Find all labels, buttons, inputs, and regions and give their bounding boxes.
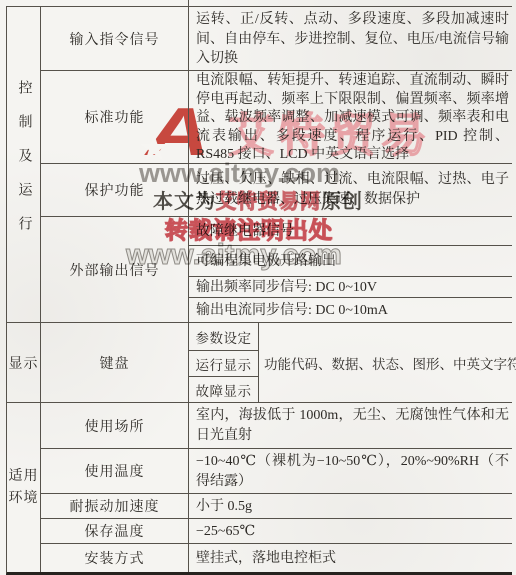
watermark-url-bottom: www.aitmy.com [126,239,342,272]
vibration-value: 小于 0.5g [189,494,512,519]
usage-place-label: 使用场所 [41,403,189,449]
origin-prefix: 本文为 [153,191,216,213]
standard-functions-value: 电流限幅、转矩提升、转速追踪、直流制动、瞬时停电再起动、频率上下限限制、偏置频率… [189,71,512,164]
input-signal-value: 运转、正/反转、点动、多段速度、多段加减速时间、自由停车、步进控制、复位、电压/… [189,7,512,71]
current-sync-signal: 输出电流同步信号: DC 0~10mA [189,298,512,323]
watermark-origin-line: 本文为艾特贸易网原创 [153,185,363,214]
scanned-spec-page: A ★ 艾特贸易 控制及运行 输入指令信号 运转、正/反转、点动、多段速度、多段… [0,0,516,575]
category-environment-label: 适用环境 [8,466,40,510]
usage-temp-label: 使用温度 [41,449,189,494]
input-signal-label: 输入指令信号 [41,7,189,71]
category-environment: 适用环境 [7,403,41,572]
usage-temp-value: −10~40℃（裸机为−10~50℃），20%~90%RH（不得结露） [189,449,512,494]
category-display: 显示 [7,323,41,403]
mode-run-display: 运行显示 [189,351,259,377]
category-control-run: 控制及运行 [7,7,41,323]
storage-temp-value: −25~65℃ [189,519,512,544]
usage-place-value: 室内，海拔低于 1000m，无尘、无腐蚀性气体和无日光直射 [189,403,512,449]
standard-functions-label: 标准功能 [41,71,189,164]
mode-parameter-setting: 参数设定 [189,323,259,351]
origin-suffix: 原创 [321,191,363,213]
vibration-label: 耐振动加速度 [41,494,189,519]
mounting-label: 安装方式 [41,544,189,572]
mounting-value: 壁挂式，落地电控柜式 [189,544,512,572]
origin-brand: 艾特贸易网 [216,191,321,213]
freq-sync-signal: 输出频率同步信号: DC 0~10V [189,277,512,298]
spec-table: 控制及运行 输入指令信号 运转、正/反转、点动、多段速度、多段加减速时间、自由停… [6,6,512,575]
category-control-run-label: 控制及运行 [7,80,41,250]
storage-temp-label: 保存温度 [41,519,189,544]
mode-fault-display: 故障显示 [189,377,259,403]
display-content-value: 功能代码、数据、状态、图形、中英文字符 [259,323,512,403]
keypad-label: 键盘 [41,323,189,403]
